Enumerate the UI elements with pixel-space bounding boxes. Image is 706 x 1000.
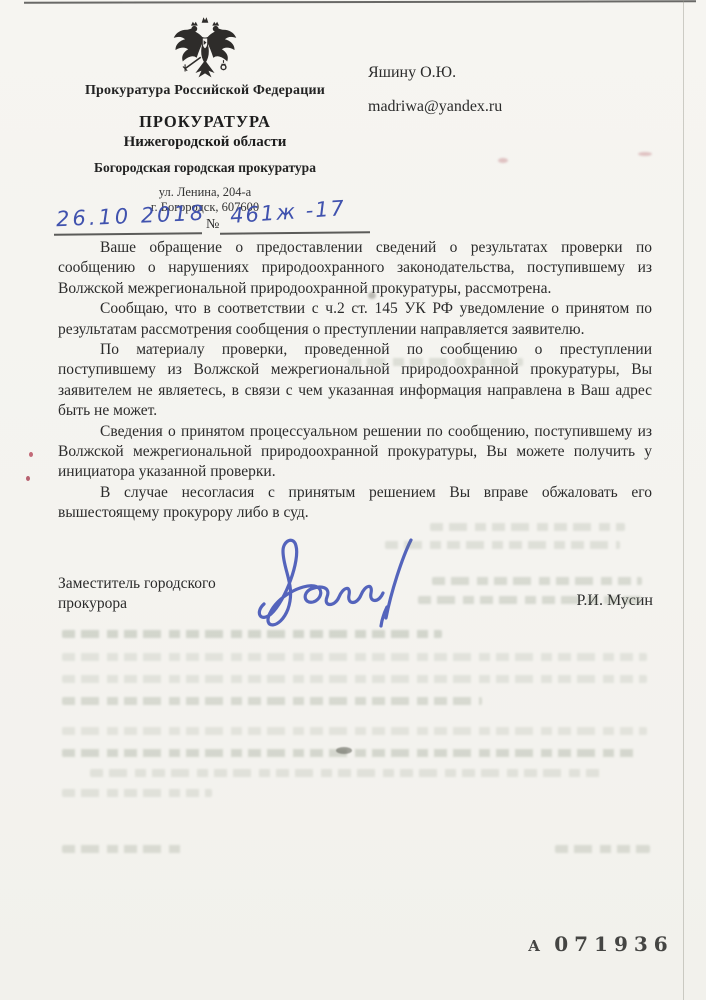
bleed-through-line (432, 577, 642, 585)
number-sign: № (206, 217, 219, 233)
ink-speck (29, 452, 33, 457)
ink-speck (638, 152, 652, 156)
bleed-through-line (90, 769, 605, 777)
bleed-through-line (62, 727, 647, 735)
scan-top-edge-line (24, 0, 696, 3)
bleed-through-line (62, 630, 442, 638)
form-series: А (528, 937, 542, 955)
paragraph-4: Сведения о принятом процессуальном решен… (58, 422, 652, 483)
scan-smudge (368, 292, 376, 299)
org-region: Нижегородской области (52, 134, 358, 151)
org-name: ПРОКУРАТУРА (52, 112, 358, 132)
recipient-email: madriwa@yandex.ru (368, 98, 502, 116)
bleed-through-line (430, 523, 625, 531)
paragraph-3: По материалу проверки, проведенной по со… (58, 340, 652, 422)
signer-position: Заместитель городского прокурора (58, 574, 216, 614)
bleed-through-line (62, 789, 212, 797)
bleed-through-line (62, 653, 647, 661)
handwritten-signature (250, 534, 440, 638)
ink-speck (498, 158, 508, 163)
bleed-through-line (62, 697, 482, 705)
form-number-stamp: А071936 (528, 932, 674, 956)
scan-smudge (336, 747, 352, 754)
letter-body: Ваше обращение о предоставлении сведений… (58, 238, 652, 524)
date-underline (54, 232, 202, 235)
bleed-through-line (348, 358, 523, 366)
scan-right-edge-line (683, 0, 684, 1000)
bleed-through-line (62, 845, 182, 853)
scanned-letter-page: Прокуратура Российской Федерации ПРОКУРА… (0, 0, 706, 1000)
bleed-through-line (62, 675, 647, 683)
signer-position-line2: прокурора (58, 594, 216, 614)
paragraph-5: В случае несогласия с принятым решением … (58, 483, 652, 524)
form-number: 071936 (554, 932, 674, 956)
org-parent-title: Прокуратура Российской Федерации (52, 83, 358, 99)
paragraph-1: Ваше обращение о предоставлении сведений… (58, 238, 652, 299)
signer-position-line1: Заместитель городского (58, 574, 216, 594)
letterhead: Прокуратура Российской Федерации ПРОКУРА… (52, 16, 358, 215)
coat-of-arms-eagle-icon (166, 16, 244, 80)
ink-speck (26, 476, 30, 481)
bleed-through-line (385, 541, 620, 549)
handwritten-date: 26.10 2018 (56, 201, 207, 232)
bleed-through-line (418, 596, 643, 604)
number-underline (220, 231, 370, 234)
recipient-name: Яшину О.Ю. (368, 64, 456, 82)
paragraph-2: Сообщаю, что в соответствии с ч.2 ст. 14… (58, 299, 652, 340)
org-unit: Богородская городская прокуратура (52, 160, 358, 176)
bleed-through-line (555, 845, 650, 853)
